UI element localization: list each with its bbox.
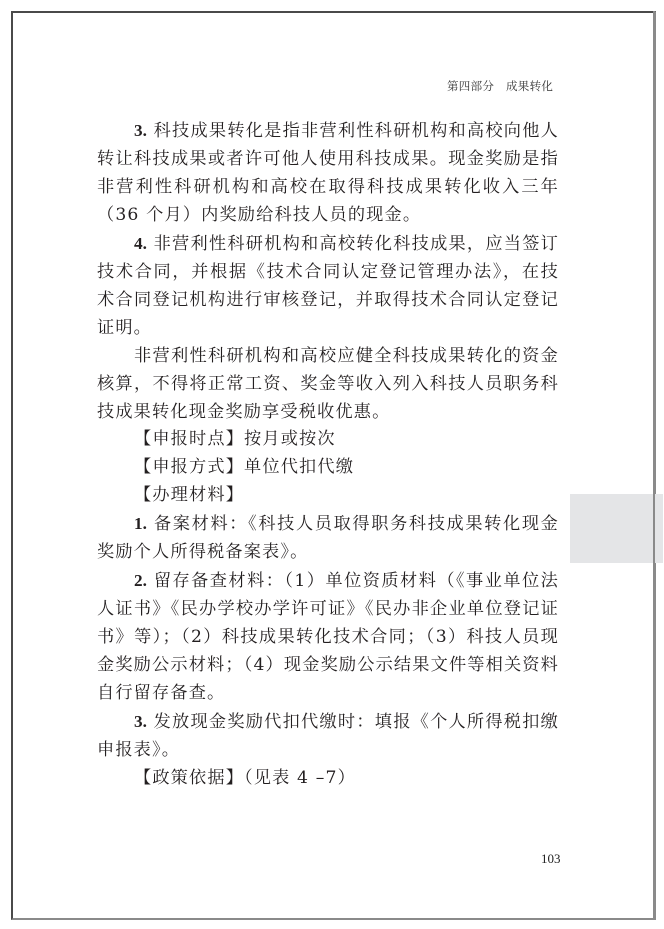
item-number: 2. — [134, 571, 147, 590]
running-head: 第四部分 成果转化 — [447, 78, 559, 94]
materials-item-2: 2. 留存备查材料：（1）单位资质材料（《事业单位法人证书》《民办学校办学许可证… — [97, 567, 559, 708]
policy-basis-reference: （见表 4 –7） — [244, 768, 356, 788]
policy-basis: 【政策依据】（见表 4 –7） — [97, 765, 559, 793]
item-number: 4. — [134, 234, 147, 253]
materials-item-text: 发放现金奖励代扣代缴时：填报《个人所得税扣缴申报表》。 — [97, 712, 559, 760]
filing-method-label: 【申报方式】 — [134, 457, 244, 477]
paragraph-text: 科技成果转化是指非营利性科研机构和高校向他人转让科技成果或者许可他人使用科技成果… — [97, 121, 559, 225]
filing-time-label: 【申报时点】 — [134, 429, 244, 449]
page-frame-right-edge — [653, 11, 655, 918]
policy-basis-label: 【政策依据】 — [134, 768, 244, 788]
filing-time-value: 按月或按次 — [244, 429, 336, 449]
paragraph-text: 非营利性科研机构和高校应健全科技成果转化的资金核算，不得将正常工资、奖金等收入列… — [97, 346, 559, 422]
item-number: 3. — [134, 712, 147, 731]
materials-label: 【办理材料】 — [134, 485, 244, 505]
materials-item-3: 3. 发放现金奖励代扣代缴时：填报《个人所得税扣缴申报表》。 — [97, 708, 559, 765]
materials-item-text: 备案材料：《科技人员取得职务科技成果转化现金奖励个人所得税备案表》。 — [97, 514, 559, 562]
paragraph-text: 非营利性科研机构和高校转化科技成果，应当签订技术合同，并根据《技术合同认定登记管… — [97, 234, 559, 338]
page-number: 103 — [541, 851, 561, 867]
filing-method-value: 单位代扣代缴 — [244, 457, 354, 477]
chapter-thumb-tab — [570, 494, 663, 563]
materials-item-1: 1. 备案材料：《科技人员取得职务科技成果转化现金奖励个人所得税备案表》。 — [97, 510, 559, 567]
paragraph-item-3: 3. 科技成果转化是指非营利性科研机构和高校向他人转让科技成果或者许可他人使用科… — [97, 117, 559, 230]
item-number: 3. — [134, 121, 147, 140]
paragraph-accounting-note: 非营利性科研机构和高校应健全科技成果转化的资金核算，不得将正常工资、奖金等收入列… — [97, 343, 559, 427]
paragraph-item-4: 4. 非营利性科研机构和高校转化科技成果，应当签订技术合同，并根据《技术合同认定… — [97, 230, 559, 343]
item-number: 1. — [134, 514, 147, 533]
body-text: 3. 科技成果转化是指非营利性科研机构和高校向他人转让科技成果或者许可他人使用科… — [97, 117, 559, 793]
filing-method: 【申报方式】单位代扣代缴 — [97, 454, 559, 482]
materials-heading: 【办理材料】 — [97, 482, 559, 510]
filing-time: 【申报时点】按月或按次 — [97, 426, 559, 454]
materials-item-text: 留存备查材料：（1）单位资质材料（《事业单位法人证书》《民办学校办学许可证》《民… — [97, 571, 559, 703]
